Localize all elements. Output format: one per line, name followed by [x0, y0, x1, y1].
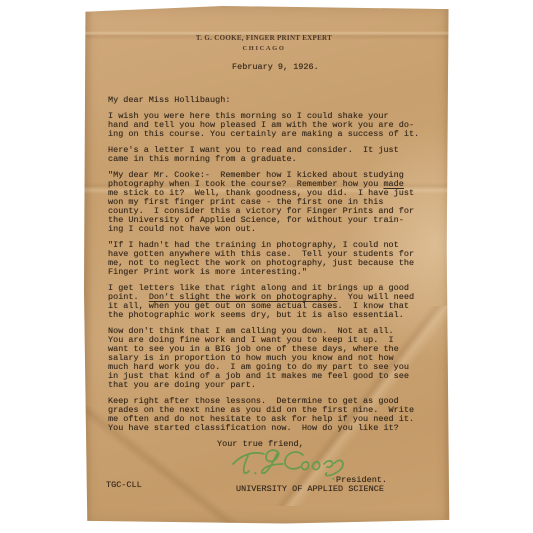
letter-line: the photographic work seems dry, but it … — [108, 311, 428, 320]
letter-body: My dear Miss Hollibaugh: I wish you were… — [108, 96, 428, 449]
letterhead-name: T. G. COOKE, FINGER PRINT EXPERT — [84, 34, 444, 42]
organization-name: UNIVERSITY OF APPLIED SCIENCE — [236, 485, 384, 494]
letter-paragraph: I wish you were here this morning so I c… — [108, 112, 428, 139]
salutation: My dear Miss Hollibaugh: — [108, 96, 428, 105]
letter-paragraph: Now don't think that I am calling you do… — [108, 327, 428, 390]
letter-paragraph: Keep right after those lessons. Determin… — [108, 397, 428, 433]
letter-paragraph: "My dear Mr. Cooke:- Remember how I kick… — [108, 171, 428, 234]
letter-paragraph: "If I hadn't had the training in photogr… — [108, 241, 428, 277]
letter-line: came in this morning from a graduate. — [108, 155, 428, 164]
letter-date: February 9, 1926. — [232, 63, 319, 72]
letterhead: T. G. COOKE, FINGER PRINT EXPERT CHICAGO — [84, 34, 444, 52]
reference-initials: TGC-CLL — [106, 481, 142, 490]
paragraphs-container: I wish you were here this morning so I c… — [108, 112, 428, 433]
scan-background: T. G. COOKE, FINGER PRINT EXPERT CHICAGO… — [0, 0, 533, 533]
letter-line: You have started classification now. How… — [108, 424, 428, 433]
letter-line: ing on this course. You certainly are ma… — [108, 130, 428, 139]
letter-line: Finger Print work is more interesting." — [108, 268, 428, 277]
letter-paragraph: Here's a letter I want you to read and c… — [108, 146, 428, 164]
letter-line: that you are doing your part. — [108, 381, 428, 390]
letter-paper: T. G. COOKE, FINGER PRINT EXPERT CHICAGO… — [84, 6, 450, 524]
letter-paragraph: I get letters like that right along and … — [108, 284, 428, 320]
letterhead-city: CHICAGO — [84, 45, 444, 52]
letter-line: ing I could not have won out. — [108, 225, 428, 234]
